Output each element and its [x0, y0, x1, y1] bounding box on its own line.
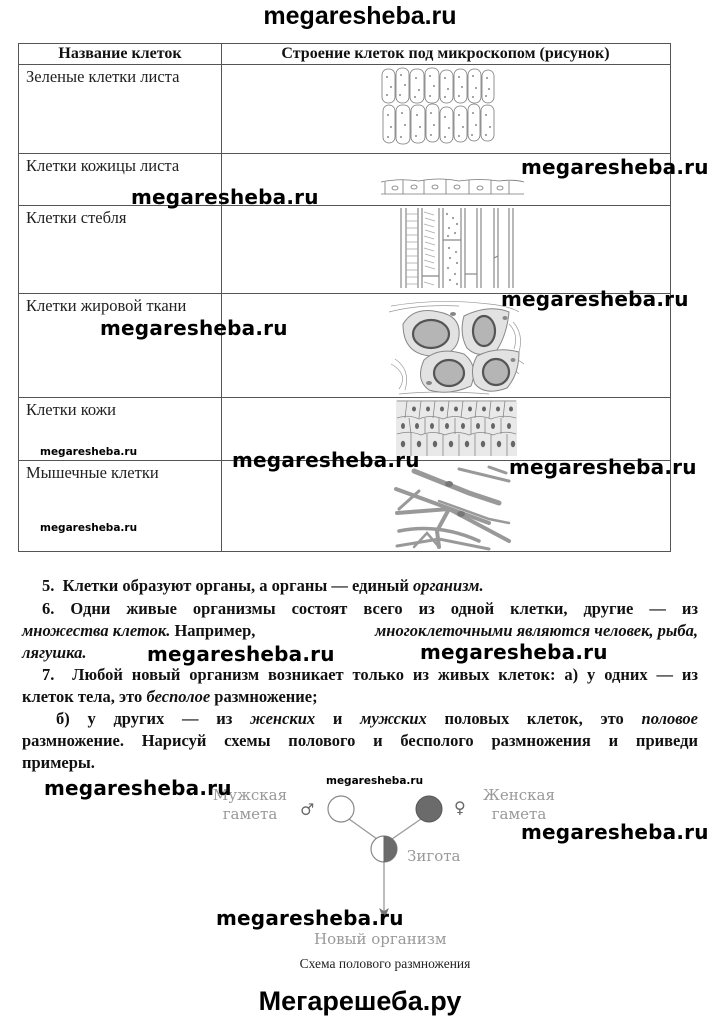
word: из — [419, 598, 435, 620]
paragraph-text: размножение; — [210, 687, 317, 706]
word: клетки, — [510, 598, 567, 620]
watermark: megaresheba.ru — [420, 640, 608, 664]
paragraph-text: б) у других — из — [56, 709, 250, 728]
emphasis-text: мужских — [360, 709, 427, 728]
item-number: 7. — [42, 665, 54, 684]
zygote-label: Зигота — [407, 847, 460, 866]
female-symbol-icon: ♀ — [454, 798, 466, 817]
emphasis-text: женских — [250, 709, 315, 728]
watermark-small: megaresheba.ru — [40, 446, 137, 458]
emphasis-text: организм. — [413, 576, 484, 595]
watermark: megaresheba.ru — [501, 287, 689, 311]
word: состоят — [292, 598, 348, 620]
paragraph-text: Клетки образуют органы, а органы — едины… — [63, 576, 413, 595]
header-cell-drawing: Строение клеток под микроскопом (рисунок… — [221, 44, 670, 64]
paragraph-text: клеток тела, это — [22, 687, 146, 706]
emphasis-text: половое — [642, 709, 698, 728]
new-organism-label: Новый организм — [314, 930, 447, 949]
label-line: гамета — [205, 805, 295, 824]
word: живые — [126, 598, 177, 620]
word: — — [649, 598, 666, 620]
female-gamete-circle — [416, 796, 442, 822]
stem-cells-icon — [19, 206, 672, 294]
table-header-row: Название клеток Строение клеток под микр… — [19, 44, 670, 65]
female-gamete-label: Женская гамета — [474, 786, 564, 824]
watermark: megaresheba.ru — [232, 448, 420, 472]
watermark: megaresheba.ru — [100, 316, 288, 340]
paragraph-text: половых клеток, это — [427, 709, 642, 728]
watermark: megaresheba.ru — [509, 455, 697, 479]
watermark-small: megaresheba.ru — [326, 775, 423, 787]
emphasis-text: бесполое — [146, 687, 210, 706]
item-number: 5. — [22, 576, 54, 595]
paragraph-text: примеры. — [22, 753, 95, 772]
watermark: megaresheba.ru — [131, 185, 319, 209]
paragraph-text: и — [315, 709, 360, 728]
watermark: megaresheba.ru — [44, 776, 232, 800]
watermark: megaresheba.ru — [521, 155, 709, 179]
word: организмы — [193, 598, 276, 620]
word: одной — [451, 598, 494, 620]
header-cell-name: Название клеток — [19, 44, 221, 64]
site-footer-watermark: Мегарешеба.ру — [0, 986, 720, 1017]
watermark-small: megaresheba.ru — [40, 522, 137, 534]
male-symbol-icon: ♂ — [300, 800, 314, 819]
word: всего — [363, 598, 402, 620]
paragraph-7: 7. Любой новый организм возникает только… — [22, 664, 698, 774]
emphasis-text: множества клеток. — [22, 621, 170, 640]
label-line: Женская — [474, 786, 564, 805]
paragraph-text: размножение. Нарисуй схемы полового и бе… — [22, 731, 698, 750]
male-gamete-circle — [328, 796, 354, 822]
diagram-caption: Схема полового размножения — [0, 956, 720, 972]
word: другие — [583, 598, 633, 620]
watermark: megaresheba.ru — [147, 642, 335, 666]
watermark: megaresheba.ru — [521, 820, 709, 844]
paragraph-5: 5. Клетки образуют органы, а органы — ед… — [22, 575, 698, 597]
zygote-circle — [371, 836, 397, 862]
site-header-watermark: megaresheba.ru — [0, 2, 720, 31]
word: Одни — [70, 598, 110, 620]
watermark: megaresheba.ru — [216, 906, 404, 930]
paragraph-text: Например, — [170, 621, 255, 640]
emphasis-text: лягушка. — [22, 643, 86, 662]
table-row: Зеленые клетки листа — [19, 65, 670, 154]
emphasis-text: многоклеточными являются человек, рыба, — [375, 620, 698, 642]
leaf-green-cells-icon — [19, 65, 672, 154]
paragraph-text: Любой новый организм возникает только из… — [72, 665, 698, 684]
table-row: Клетки стебля — [19, 206, 670, 294]
item-number: 6. — [42, 598, 54, 620]
word: из — [682, 598, 698, 620]
